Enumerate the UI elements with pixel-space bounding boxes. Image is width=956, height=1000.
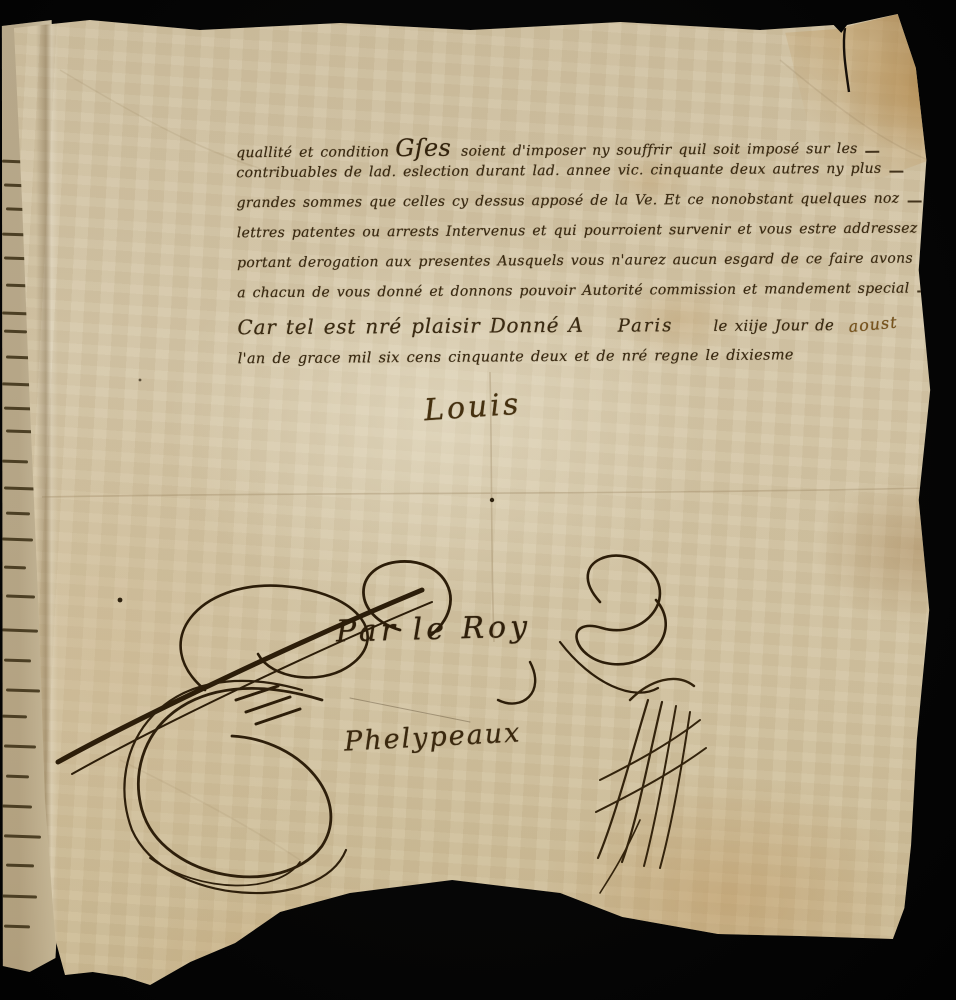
stub-ink-mark	[4, 659, 31, 663]
stub-ink-mark	[6, 688, 40, 692]
king-signature: Louis	[423, 387, 523, 429]
stub-ink-mark	[6, 775, 29, 778]
dateline-formula: Car tel est nré plaisir Donné A	[237, 313, 583, 339]
stub-ink-mark	[4, 407, 32, 411]
line-text: a chacun de vous donné et donnons pouvoi…	[237, 281, 909, 302]
line-filler-rule	[921, 260, 935, 262]
line-filler-rule	[866, 151, 880, 153]
line-filler-rule	[889, 171, 903, 173]
stub-ink-mark	[2, 715, 27, 718]
stub-ink-mark	[6, 864, 34, 868]
line-text: contribuables de lad. eslection durant l…	[236, 161, 881, 182]
par-le-roy-subscription: Par le Roy	[336, 609, 532, 649]
stub-ink-mark	[4, 566, 26, 569]
countersignature-hatch-flourish	[596, 679, 706, 893]
stub-ink-mark	[4, 834, 41, 838]
stub-ink-mark	[4, 744, 36, 748]
stub-ink-mark	[6, 512, 30, 515]
countersignature-paraph	[124, 681, 470, 893]
stub-ink-mark	[4, 925, 30, 928]
stub-ink-mark	[2, 460, 28, 463]
line-filler-rule	[926, 230, 940, 232]
manuscript-line: a chacun de vous donné et donnons pouvoi…	[237, 281, 877, 315]
manuscript-text-block: quallité et condition Gſes soient d'impo…	[236, 131, 878, 383]
stub-ink-mark	[2, 804, 32, 808]
dateline: Car tel est nré plaisir Donné A Paris le…	[237, 311, 877, 351]
manuscript-line: contribuables de lad. eslection durant l…	[236, 161, 876, 195]
line-text: lettres patentes ou arrests Intervenus e…	[237, 220, 918, 241]
manuscript-line: portant derogation aux presentes Ausquel…	[237, 251, 877, 285]
stub-ink-mark	[2, 894, 37, 898]
line-text: quallité et condition	[236, 144, 389, 161]
closing-line: l'an de grace mil six cens cinquante deu…	[238, 347, 878, 383]
line-text: grandes sommes que celles cy dessus appo…	[237, 191, 900, 212]
line-text: portant derogation aux presentes Ausquel…	[237, 251, 913, 272]
dateline-place: Paris	[618, 315, 674, 336]
dateline-day: le xiije Jour de	[713, 316, 834, 335]
manuscript-line: lettres patentes ou arrests Intervenus e…	[237, 221, 877, 255]
stub-ink-mark	[6, 594, 35, 598]
manuscript-line: grandes sommes que celles cy dessus appo…	[237, 191, 877, 225]
parchment-sheet: quallité et condition Gſes soient d'impo…	[0, 0, 956, 1000]
stub-ink-mark	[2, 628, 38, 632]
clerk-paraph: Gſes	[395, 134, 451, 162]
line-filler-rule	[917, 290, 931, 292]
line-filler-rule	[907, 200, 921, 202]
dateline-addition: aoust	[847, 313, 898, 337]
manuscript-photo: quallité et condition Gſes soient d'impo…	[0, 0, 956, 1000]
secretary-countersignature: Phelypeaux	[343, 717, 522, 757]
stub-ink-mark	[4, 486, 37, 490]
manuscript-line: quallité et condition Gſes soient d'impo…	[236, 131, 876, 165]
stub-ink-mark	[2, 537, 33, 541]
stub-ink-mark	[4, 330, 27, 333]
line-text: soient d'imposer ny souffrir quil soit i…	[461, 141, 858, 160]
